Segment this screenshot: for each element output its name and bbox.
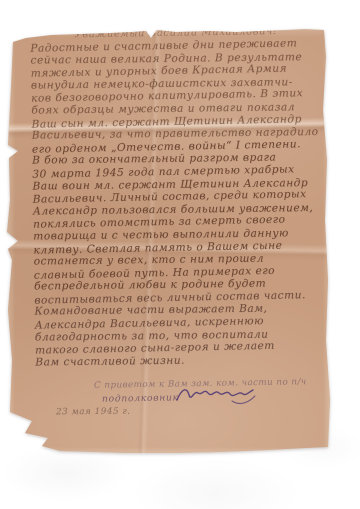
letter-line: Вам счастливой жизни. bbox=[35, 353, 327, 369]
letter-paper: Уважаемый Василий Михайлович! Радостные … bbox=[6, 27, 332, 456]
signature-scrawl bbox=[174, 383, 258, 409]
letter-date: 23 мая 1945 г. bbox=[56, 407, 131, 418]
letter-text-block: Уважаемый Василий Михайлович! Радостные … bbox=[30, 24, 327, 369]
rank-label: подполковник bbox=[102, 392, 179, 404]
letter-paper-wrap: Уважаемый Василий Михайлович! Радостные … bbox=[6, 27, 332, 456]
